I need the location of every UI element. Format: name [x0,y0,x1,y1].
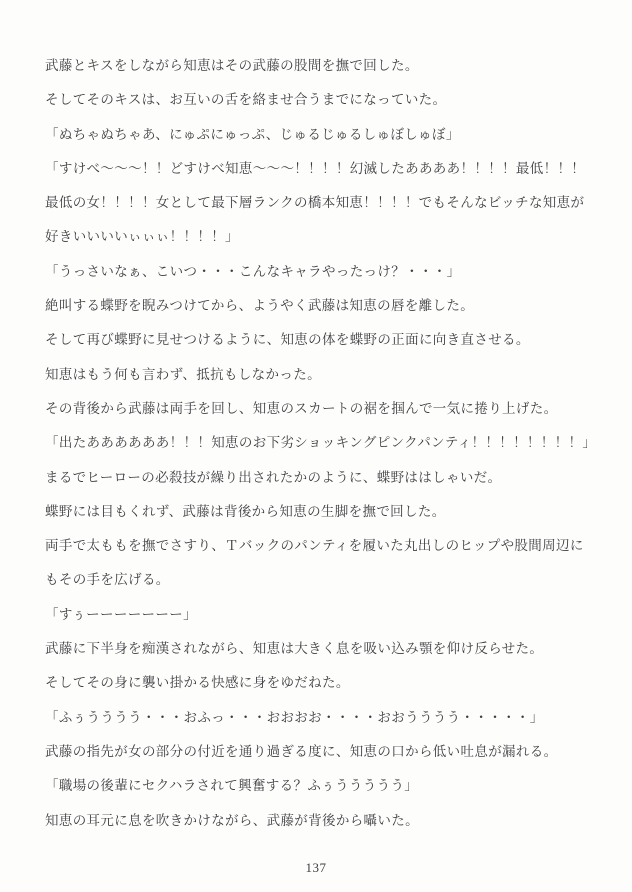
text-line: 好きいいいいぃぃぃ！！！！」 [45,220,590,254]
text-line: 「出たああああああ！！！知恵のお下劣ショッキングピンクパンティ！！！！！！！！」 [45,426,590,460]
text-line: 「すぅーーーーーーー」 [45,598,590,632]
page-number: 137 [0,860,632,876]
text-line: そしてそのキスは、お互いの舌を絡ませ合うまでになっていた。 [45,83,590,117]
document-page: 武藤とキスをしながら知恵はその武藤の股間を撫で回した。 そしてそのキスは、お互い… [0,0,632,892]
text-line: 「すけべ～～～！！どすけべ知恵～～～！！！！幻滅したああああ！！！！最低！！！ [45,152,590,186]
text-line: 「うっさいなぁ、こいつ・・・こんなキャラやったっけ？・・・」 [45,255,590,289]
page-body-text: 武藤とキスをしながら知恵はその武藤の股間を撫で回した。 そしてそのキスは、お互い… [45,49,590,838]
text-line: 武藤とキスをしながら知恵はその武藤の股間を撫で回した。 [45,49,590,83]
text-line: 知恵はもう何も言わず、抵抗もしなかった。 [45,358,590,392]
text-line: もその手を広げる。 [45,563,590,597]
text-line: そしてその身に襲い掛かる快感に身をゆだねた。 [45,666,590,700]
text-line: 「ぬちゃぬちゃあ、にゅぷにゅっぷ、じゅるじゅるしゅぼしゅぼ」 [45,118,590,152]
text-line: 武藤の指先が女の部分の付近を通り過ぎる度に、知恵の口から低い吐息が漏れる。 [45,735,590,769]
text-line: 知恵の耳元に息を吹きかけながら、武藤が背後から囁いた。 [45,804,590,838]
text-line: 最低の女！！！！女として最下層ランクの橋本知恵！！！！でもそんなビッチな知恵が [45,186,590,220]
text-line: 蝶野には目もくれず、武藤は背後から知恵の生脚を撫で回した。 [45,495,590,529]
text-line: その背後から武藤は両手を回し、知恵のスカートの裾を掴んで一気に捲り上げた。 [45,392,590,426]
text-line: まるでヒーローの必殺技が繰り出されたかのように、蝶野ははしゃいだ。 [45,461,590,495]
text-line: 「職場の後輩にセクハラされて興奮する？ふぅううううう」 [45,769,590,803]
text-line: 絶叫する蝶野を睨みつけてから、ようやく武藤は知恵の唇を離した。 [45,289,590,323]
text-line: 両手で太ももを撫でさすり、Ｔバックのパンティを履いた丸出しのヒップや股間周辺に [45,529,590,563]
text-line: 「ふぅうううう・・・おふっ・・・おおおお・・・・おおうううう・・・・・」 [45,701,590,735]
text-line: そして再び蝶野に見せつけるように、知恵の体を蝶野の正面に向き直させる。 [45,323,590,357]
text-line: 武藤に下半身を痴漢されながら、知恵は大きく息を吸い込み顎を仰け反らせた。 [45,632,590,666]
